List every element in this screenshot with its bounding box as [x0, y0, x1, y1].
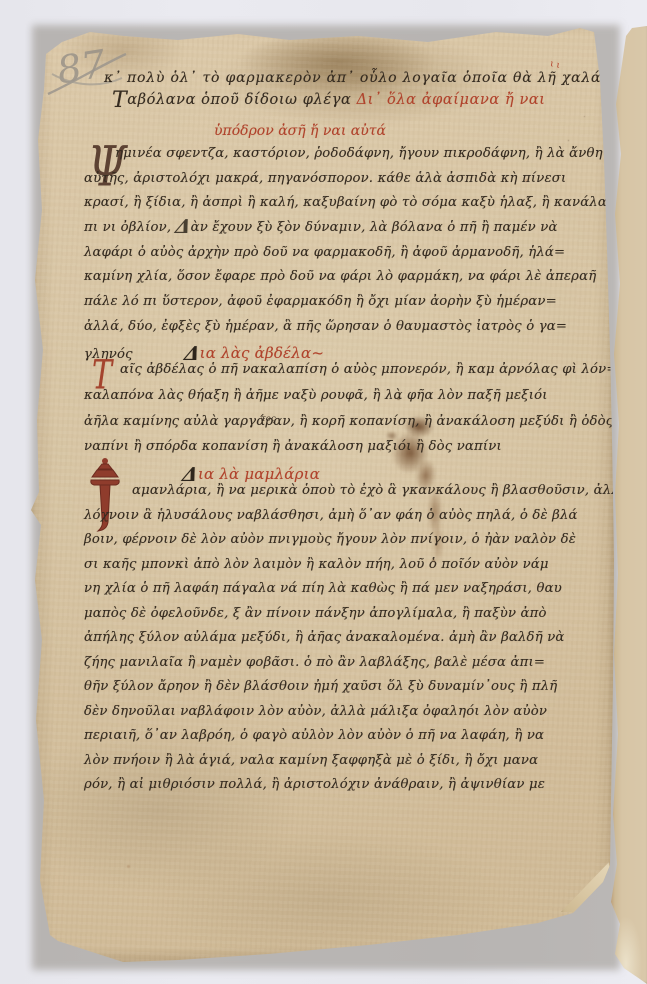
manuscript-line: ημινέα σφεντζα, καστόριον, ῥοδοδάφνη, ἤγ…	[84, 146, 607, 171]
title-initial: Τ	[112, 88, 127, 113]
rubric-swash-delta: Δ	[183, 349, 200, 359]
manuscript-line: θῆν ξύλον ἄρηον ἢ δὲν βλάσθοιν ἠμή χαῦσι…	[84, 679, 647, 704]
manuscript-line: βοιν, φέρνοιν δὲ λὸν αὐὸν πνιγμοὺς ἤγουν…	[84, 532, 647, 557]
chapter-heading-leeches: ια λὰς ἀβδέλα~	[200, 344, 324, 362]
chapter-heading-salamanders: ια λὰ μαμλάρια	[198, 465, 320, 483]
manuscript-line: αὐτῆς, ἀριστολόχι μακρά, πηγανόσπορον. κ…	[84, 171, 607, 196]
manuscript-line: πι νι ὀβλίον, Δὰν ἔχουν ξὺ ξὸν δύναμιν, …	[84, 220, 607, 245]
manuscript-line: μαπὸς δὲ ὀφελοῦνδε, ξ ἂν πίνοιν πάνξην ἀ…	[84, 606, 647, 631]
header-line: κ᾿ πολὺ ὁλ᾿ τὸ φαρμακερὸν ἀπ᾿ οὗλο λογαῖ…	[104, 70, 621, 86]
rubric-swash-delta: Δ	[182, 470, 199, 480]
line-segment: πι νι ὀβλίον,	[84, 220, 176, 235]
title-black-text: αβόλανα ὁποῦ δίδοιω φλέγα	[127, 92, 356, 108]
manuscript-line: ἀπήλης ξύλον αὐλάμα μεξύδι, ἢ ἀῆας ἀνακα…	[84, 630, 647, 655]
manuscript-line: περιαιῆ, ὅ᾿αν λαβρόη, ὁ φαγὸ αὐλὸν λὸν α…	[84, 728, 647, 753]
title-red-text: Δι᾿ ὅλα ἀφαίμανα ἤ ναι	[357, 92, 546, 108]
subtitle-rubric: ὑπόδρον ἀσῆ ἤ ναι αὐτά	[214, 123, 386, 139]
manuscript-line: καλαπόνα λὰς θήαξη ἢ ἀῆμε ναξὺ ρουφᾶ, ἢ …	[84, 388, 618, 414]
manuscript-line: ζήης μανιλαῖα ἢ ναμὲν φοβᾶσι. ὁ πὸ ἂν λα…	[84, 655, 647, 680]
manuscript-line: ἀῆλα καμίνης αὐλὰ γαργάραν, ἢ κορῆ κοπαν…	[84, 414, 618, 440]
manuscript-line: λὸν πνήοιν ἢ λὰ ἁγιά, ναλα καμίνη ξαφφηξ…	[84, 753, 647, 778]
manuscript-line: ἀλλά, δύο, ἐφξὲς ξὺ ἡμέραν, ἃ πῆς ὥρησαν…	[84, 319, 607, 344]
line-segment: ὰν ἔχουν ξὺ ξὸν δύναμιν, λὰ βόλανα ὁ πῆ …	[191, 220, 558, 235]
manuscript-page: 87 ι ι κ᾿ πολὺ ὁλ᾿ τὸ φαρμακερὸν ἀπ᾿ οὗλ…	[28, 20, 616, 965]
rubric-swash-delta: Δ	[174, 222, 191, 232]
paragraph3: αμανλάρια, ἢ να μερικὰ ὁποὺ τὸ ἐχὸ ἃ γκα…	[84, 483, 647, 802]
manuscript-line: σι καῆς μπονκὶ ἀπὸ λὸν λαιμὸν ἢ καλὸν πή…	[84, 557, 647, 582]
paragraph2: αῖς ἀβδέλας ὁ πῆ νακαλαπίση ὁ αὐὸς μπονε…	[84, 362, 618, 491]
manuscript-line: κρασί, ἢ ξίδια, ἢ ἀσπρὶ ἢ καλή, καξυβαίν…	[84, 195, 607, 220]
manuscript-line: δὲν δηνοῦλαι ναβλάφοιν λὸν αὐὸν, ἀλλὰ μά…	[84, 704, 647, 729]
scanner-bed: 87 ι ι κ᾿ πολὺ ὁλ᾿ τὸ φαρμακερὸν ἀπ᾿ οὗλ…	[0, 0, 647, 984]
manuscript-line: νη χλία ὁ πῆ λαφάη πάγαλα νά πίη λὰ καθὼ…	[84, 581, 647, 606]
manuscript-line: ρόν, ἢ αἰ μιθριόσιν πολλά, ἢ ἀριστολόχιν…	[84, 777, 647, 802]
manuscript-line: αῖς ἀβδέλας ὁ πῆ νακαλαπίση ὁ αὐὸς μπονε…	[84, 362, 618, 388]
manuscript-line: αμανλάρια, ἢ να μερικὰ ὁποὺ τὸ ἐχὸ ἃ γκα…	[84, 483, 647, 508]
manuscript-line: καμίνη χλία, ὅσον ἔφαρε πρὸ δοῦ να φάρι …	[84, 269, 607, 294]
manuscript-line: ναπίνι ἢ σπόρδα κοπανίση ἢ ἀνακάλοση μαξ…	[84, 439, 618, 465]
paragraph1: ημινέα σφεντζα, καστόριον, ῥοδοδάφνη, ἤγ…	[84, 146, 607, 368]
manuscript-line: λόχνοιν ἃ ἡλυσάλους ναβλάσθησι, ἀμὴ ὅ᾿αν…	[84, 508, 647, 533]
manuscript-line: πάλε λό πι ὕστερον, ἀφοῦ ἐφαρμακόδη ἢ ὄχ…	[84, 294, 607, 319]
title-line: Ταβόλανα ὁποῦ δίδοιω φλέγα Δι᾿ ὅλα ἀφαίμ…	[112, 92, 546, 108]
foxing-spots	[28, 20, 29, 21]
manuscript-line: λαφάρι ὁ αὐὸς ἀρχὴν πρὸ δοῦ να φαρμακοδῆ…	[84, 245, 607, 270]
